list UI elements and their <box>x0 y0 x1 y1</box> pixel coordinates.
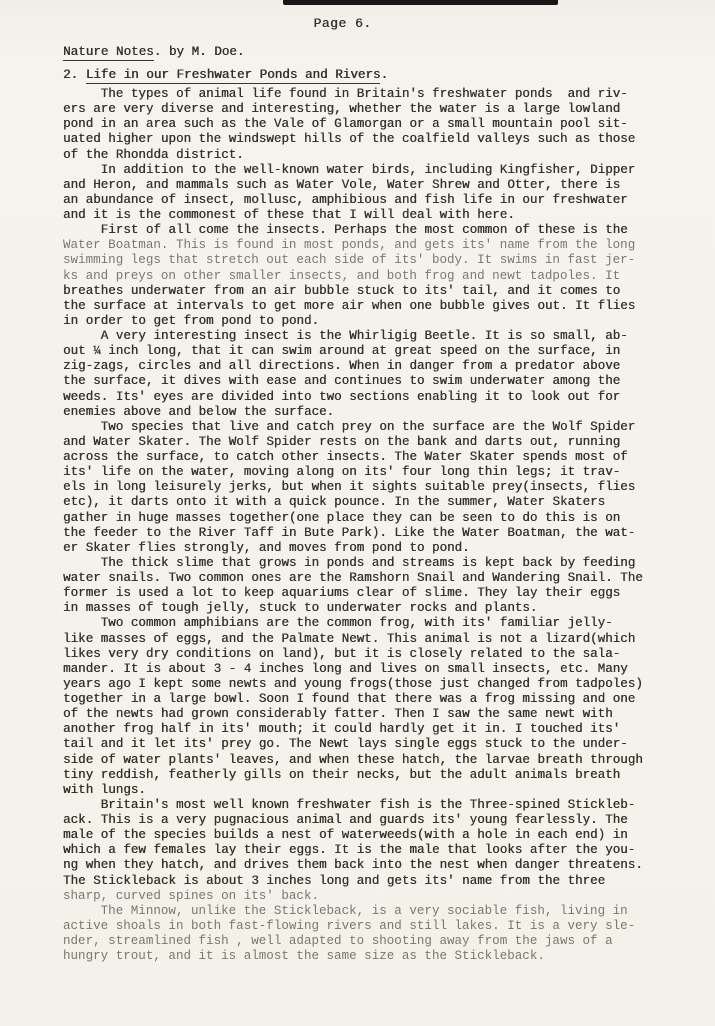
text-line: swimming legs that stretch out each side… <box>63 253 663 268</box>
text-line: out ¼ inch long, that it can swim around… <box>63 344 663 359</box>
text-line: male of the species builds a nest of wat… <box>63 828 663 843</box>
text-line: with lungs. <box>63 783 663 798</box>
text-line: likes very dry conditions on land), but … <box>63 647 663 662</box>
section-number: 2. <box>63 68 86 82</box>
text-line: nder, streamlined fish , well adapted to… <box>63 934 663 949</box>
text-line: sharp, curved spines on its' back. <box>63 889 663 904</box>
text-line: Two species that live and catch prey on … <box>63 420 663 435</box>
text-line: tail and it let its' prey go. The Newt l… <box>63 737 663 752</box>
text-line: The Stickleback is about 3 inches long a… <box>63 874 663 889</box>
text-line: First of all come the insects. Perhaps t… <box>63 223 663 238</box>
text-line: weeds. Its' eyes are divided into two se… <box>63 390 663 405</box>
page-number-label: Page 6. <box>0 16 685 31</box>
text-line: like masses of eggs, and the Palmate New… <box>63 632 663 647</box>
document-page: Page 6. Nature Notes. by M. Doe. 2. Life… <box>0 0 715 1026</box>
text-line: former is used a lot to keep aquariums c… <box>63 586 663 601</box>
paragraph: Two common amphibians are the common fro… <box>63 616 663 798</box>
paragraph: A very interesting insect is the Whirlig… <box>63 329 663 420</box>
text-line: the surface at intervals to get more air… <box>63 299 663 314</box>
section-title: Life in our Freshwater Ponds and Rivers <box>86 68 381 84</box>
paragraph: First of all come the insects. Perhaps t… <box>63 223 663 329</box>
text-line: its' life on the water, moving along on … <box>63 465 663 480</box>
text-line: active shoals in both fast-flowing river… <box>63 919 663 934</box>
text-line: of the newts had grown considerably fatt… <box>63 707 663 722</box>
paragraph: The types of animal life found in Britai… <box>63 87 663 163</box>
byline-author: . by M. Doe. <box>154 45 245 59</box>
text-line: A very interesting insect is the Whirlig… <box>63 329 663 344</box>
text-line: and Water Skater. The Wolf Spider rests … <box>63 435 663 450</box>
text-line: hungry trout, and it is almost the same … <box>63 949 663 964</box>
text-line: the feeder to the River Taff in Bute Par… <box>63 526 663 541</box>
scan-artifact-strip <box>283 0 558 5</box>
text-line: in masses of tough jelly, stuck to under… <box>63 601 663 616</box>
text-line: pond in an area such as the Vale of Glam… <box>63 117 663 132</box>
byline-title: Nature Notes <box>63 45 154 61</box>
text-line: The types of animal life found in Britai… <box>63 87 663 102</box>
text-line: gather in huge masses together(one place… <box>63 511 663 526</box>
text-line: ack. This is a very pugnacious animal an… <box>63 813 663 828</box>
text-line: across the surface, to catch other insec… <box>63 450 663 465</box>
paragraph: Britain's most well known freshwater fis… <box>63 798 663 904</box>
text-line: tiny reddish, featherly gills on their n… <box>63 768 663 783</box>
text-line: The Minnow, unlike the Stickleback, is a… <box>63 904 663 919</box>
text-line: which a few females lay their eggs. It i… <box>63 843 663 858</box>
text-line: an abundance of insect, mollusc, amphibi… <box>63 193 663 208</box>
text-line: etc), it darts onto it with a quick poun… <box>63 495 663 510</box>
text-line: els in long leisurely jerks, but when it… <box>63 480 663 495</box>
text-line: of the Rhondda district. <box>63 148 663 163</box>
text-line: the surface, it dives with ease and cont… <box>63 374 663 389</box>
paragraph: The thick slime that grows in ponds and … <box>63 556 663 617</box>
text-line: Britain's most well known freshwater fis… <box>63 798 663 813</box>
text-line: water snails. Two common ones are the Ra… <box>63 571 663 586</box>
text-line: uated higher upon the windswept hills of… <box>63 132 663 147</box>
text-line: another frog half in its' mouth; it coul… <box>63 722 663 737</box>
text-line: mander. It is about 3 - 4 inches long an… <box>63 662 663 677</box>
text-line: side of water plants' leaves, and when t… <box>63 753 663 768</box>
text-line: breathes underwater from an air bubble s… <box>63 284 663 299</box>
byline: Nature Notes. by M. Doe. <box>63 45 244 59</box>
text-line: years ago I kept some newts and young fr… <box>63 677 663 692</box>
section-heading: 2. Life in our Freshwater Ponds and Rive… <box>63 68 388 82</box>
paragraph: In addition to the well-known water bird… <box>63 163 663 224</box>
text-line: ers are very diverse and interesting, wh… <box>63 102 663 117</box>
text-line: ng when they hatch, and drives them back… <box>63 858 663 873</box>
text-line: Water Boatman. This is found in most pon… <box>63 238 663 253</box>
paragraph: The Minnow, unlike the Stickleback, is a… <box>63 904 663 965</box>
text-line: in order to get from pond to pond. <box>63 314 663 329</box>
text-line: er Skater flies strongly, and moves from… <box>63 541 663 556</box>
text-line: The thick slime that grows in ponds and … <box>63 556 663 571</box>
text-line: ks and preys on other smaller insects, a… <box>63 269 663 284</box>
paragraph: Two species that live and catch prey on … <box>63 420 663 556</box>
section-title-period: . <box>380 68 388 82</box>
text-line: enemies above and below the surface. <box>63 405 663 420</box>
text-line: Two common amphibians are the common fro… <box>63 616 663 631</box>
text-line: zig-zags, circles and all directions. Wh… <box>63 359 663 374</box>
text-line: and Heron, and mammals such as Water Vol… <box>63 178 663 193</box>
text-line: together in a large bowl. Soon I found t… <box>63 692 663 707</box>
text-line: and it is the commonest of these that I … <box>63 208 663 223</box>
text-line: In addition to the well-known water bird… <box>63 163 663 178</box>
article: The types of animal life found in Britai… <box>63 87 663 964</box>
